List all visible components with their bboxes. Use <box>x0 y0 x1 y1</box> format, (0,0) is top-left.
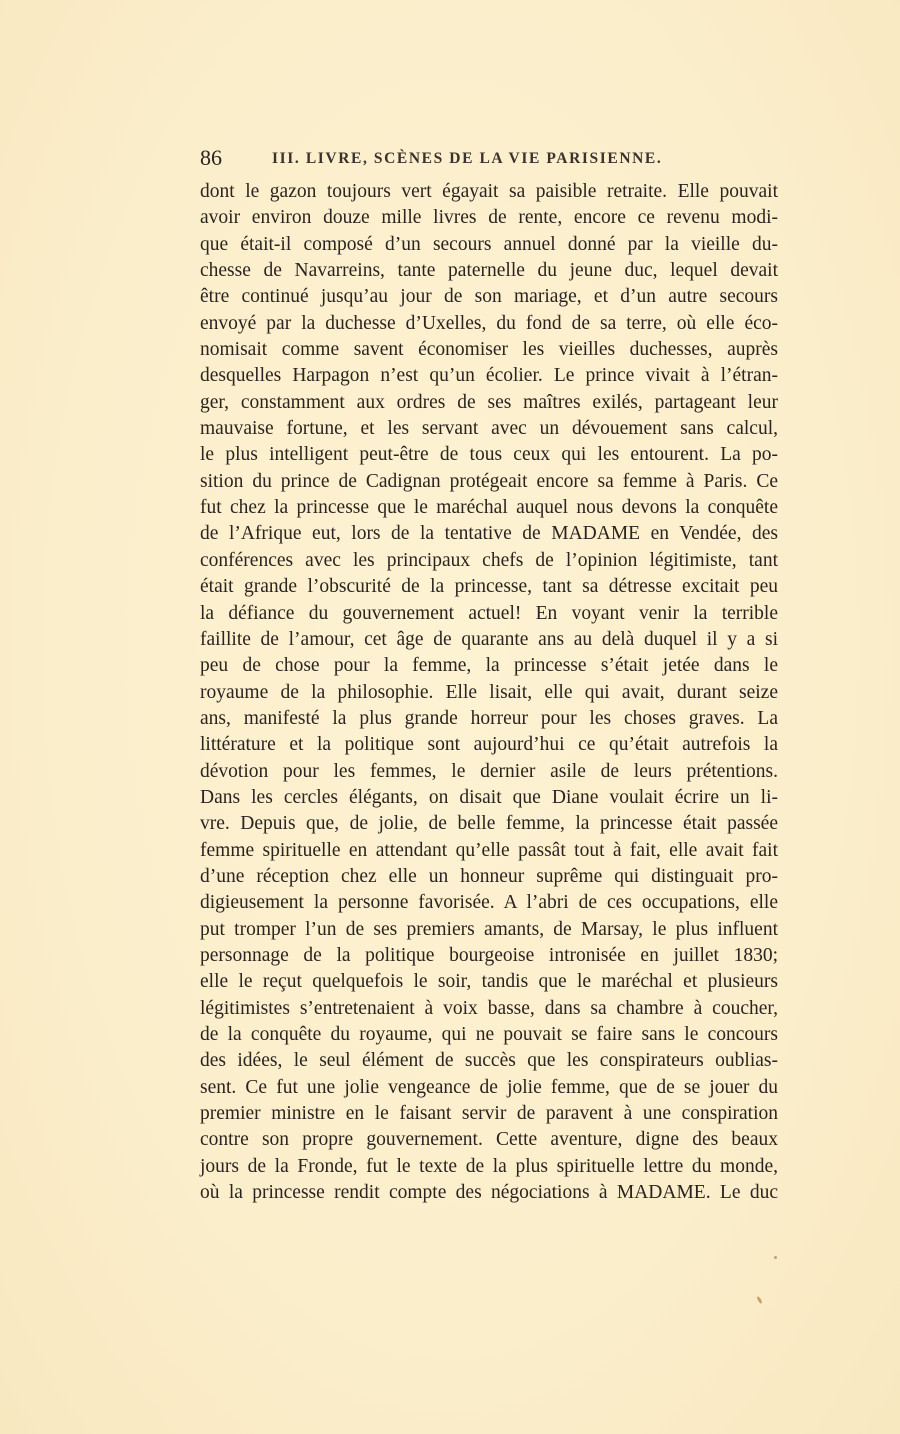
text-line: d’une réception chez elle un honneur sup… <box>200 864 778 890</box>
book-page: 86 III. LIVRE, SCÈNES DE LA VIE PARISIEN… <box>0 0 900 1434</box>
text-line: des idées, le seul élément de succès que… <box>200 1048 778 1074</box>
text-line: Dans les cercles élégants, on disait que… <box>200 785 778 811</box>
page-header: 86 III. LIVRE, SCÈNES DE LA VIE PARISIEN… <box>200 144 778 172</box>
text-line: être continué jusqu’au jour de son maria… <box>200 284 778 310</box>
text-line: faillite de l’amour, cet âge de quarante… <box>200 627 778 653</box>
text-line: légitimistes s’entretenaient à voix bass… <box>200 996 778 1022</box>
text-line: avoir environ douze mille livres de rent… <box>200 205 778 231</box>
text-line: elle le reçut quelquefois le soir, tandi… <box>200 969 778 995</box>
text-line: de la conquête du royaume, qui ne pouvai… <box>200 1022 778 1048</box>
text-line: le plus intelligent peut-être de tous ce… <box>200 442 778 468</box>
text-line: desquelles Harpagon n’est qu’un écolier.… <box>200 363 778 389</box>
text-line: femme spirituelle en attendant qu’elle p… <box>200 838 778 864</box>
text-line: dont le gazon toujours vert égayait sa p… <box>200 179 778 205</box>
text-line: envoyé par la duchesse d’Uxelles, du fon… <box>200 311 778 337</box>
text-line: où la princesse rendit compte des négoci… <box>200 1180 778 1206</box>
text-line: contre son propre gouvernement. Cette av… <box>200 1127 778 1153</box>
text-line: peu de chose pour la femme, la princesse… <box>200 653 778 679</box>
text-line: chesse de Navarreins, tante paternelle d… <box>200 258 778 284</box>
text-line: sition du prince de Cadignan protégeait … <box>200 469 778 495</box>
text-line: littérature et la politique sont aujourd… <box>200 732 778 758</box>
text-line: dévotion pour les femmes, le dernier asi… <box>200 759 778 785</box>
text-line: mauvaise fortune, et les servant avec un… <box>200 416 778 442</box>
text-line: put tromper l’un de ses premiers amants,… <box>200 917 778 943</box>
text-line: que était-il composé d’un secours annuel… <box>200 232 778 258</box>
text-line: ans, manifesté la plus grande horreur po… <box>200 706 778 732</box>
body-text: dont le gazon toujours vert égayait sa p… <box>200 179 778 1206</box>
text-line: fut chez la princesse que le maréchal au… <box>200 495 778 521</box>
text-line: la défiance du gouvernement actuel! En v… <box>200 601 778 627</box>
text-line: sent. Ce fut une jolie vengeance de joli… <box>200 1075 778 1101</box>
text-line: était grande l’obscurité de la princesse… <box>200 574 778 600</box>
text-line: premier ministre en le faisant servir de… <box>200 1101 778 1127</box>
paper-speck <box>756 1296 763 1304</box>
text-line: jours de la Fronde, fut le texte de la p… <box>200 1154 778 1180</box>
running-head: III. LIVRE, SCÈNES DE LA VIE PARISIENNE. <box>272 145 662 173</box>
text-line: nomisait comme savent économiser les vie… <box>200 337 778 363</box>
text-line: ger, constamment aux ordres de ses maîtr… <box>200 390 778 416</box>
page-number: 86 <box>200 144 222 172</box>
text-line: royaume de la philosophie. Elle lisait, … <box>200 680 778 706</box>
paper-speck <box>774 1256 777 1259</box>
text-line: conférences avec les principaux chefs de… <box>200 548 778 574</box>
text-line: de l’Afrique eut, lors de la tentative d… <box>200 521 778 547</box>
text-line: vre. Depuis que, de jolie, de belle femm… <box>200 811 778 837</box>
text-line: personnage de la politique bourgeoise in… <box>200 943 778 969</box>
text-line: digieusement la personne favorisée. A l’… <box>200 890 778 916</box>
